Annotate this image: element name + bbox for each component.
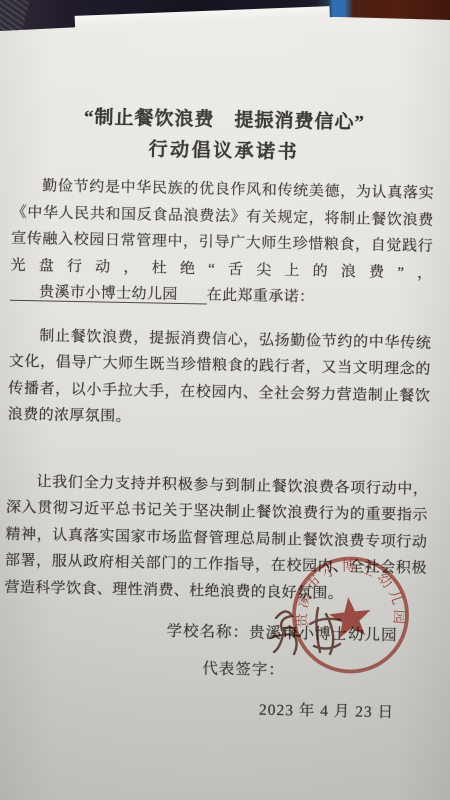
signature-stroke bbox=[276, 611, 296, 632]
document-title-line1: “制止餐饮浪费 提振消费信心” bbox=[13, 104, 435, 138]
representative-signature-label: 代表签字： bbox=[202, 661, 285, 680]
document-photo: “制止餐饮浪费 提振消费信心” 行动倡议承诺书 勤俭节约是中华民族的优良作风和传… bbox=[0, 0, 450, 800]
paragraph-1: 勤俭节约是中华民族的优良作风和传统美德，为认真落实《中华人民共和国反食品浪费法》… bbox=[10, 173, 434, 314]
representative-signature-handwriting bbox=[262, 598, 362, 660]
school-name-fill-in-blank: 贵溪市小博士幼儿园 bbox=[10, 284, 207, 305]
paragraph-2: 制止餐饮浪费，提振消费信心，弘扬勤俭节约的中华传统文化，倡导广大师生既当珍惜粮食… bbox=[8, 322, 432, 436]
paper-sheet: “制止餐饮浪费 提振消费信心” 行动倡议承诺书 勤俭节约是中华民族的优良作风和传… bbox=[0, 0, 450, 800]
date-row: 2023 年 4 月 23 日 bbox=[2, 693, 396, 727]
paragraph-1-before-blank: 勤俭节约是中华民族的优良作风和传统美德，为认真落实《中华人民共和国反食品浪费法》… bbox=[10, 178, 434, 281]
document-title-line2: 行动倡议承诺书 bbox=[13, 135, 435, 169]
school-name-label: 学校名称： bbox=[166, 623, 249, 642]
paragraph-1-after-blank: 在此郑重承诺： bbox=[207, 288, 315, 306]
